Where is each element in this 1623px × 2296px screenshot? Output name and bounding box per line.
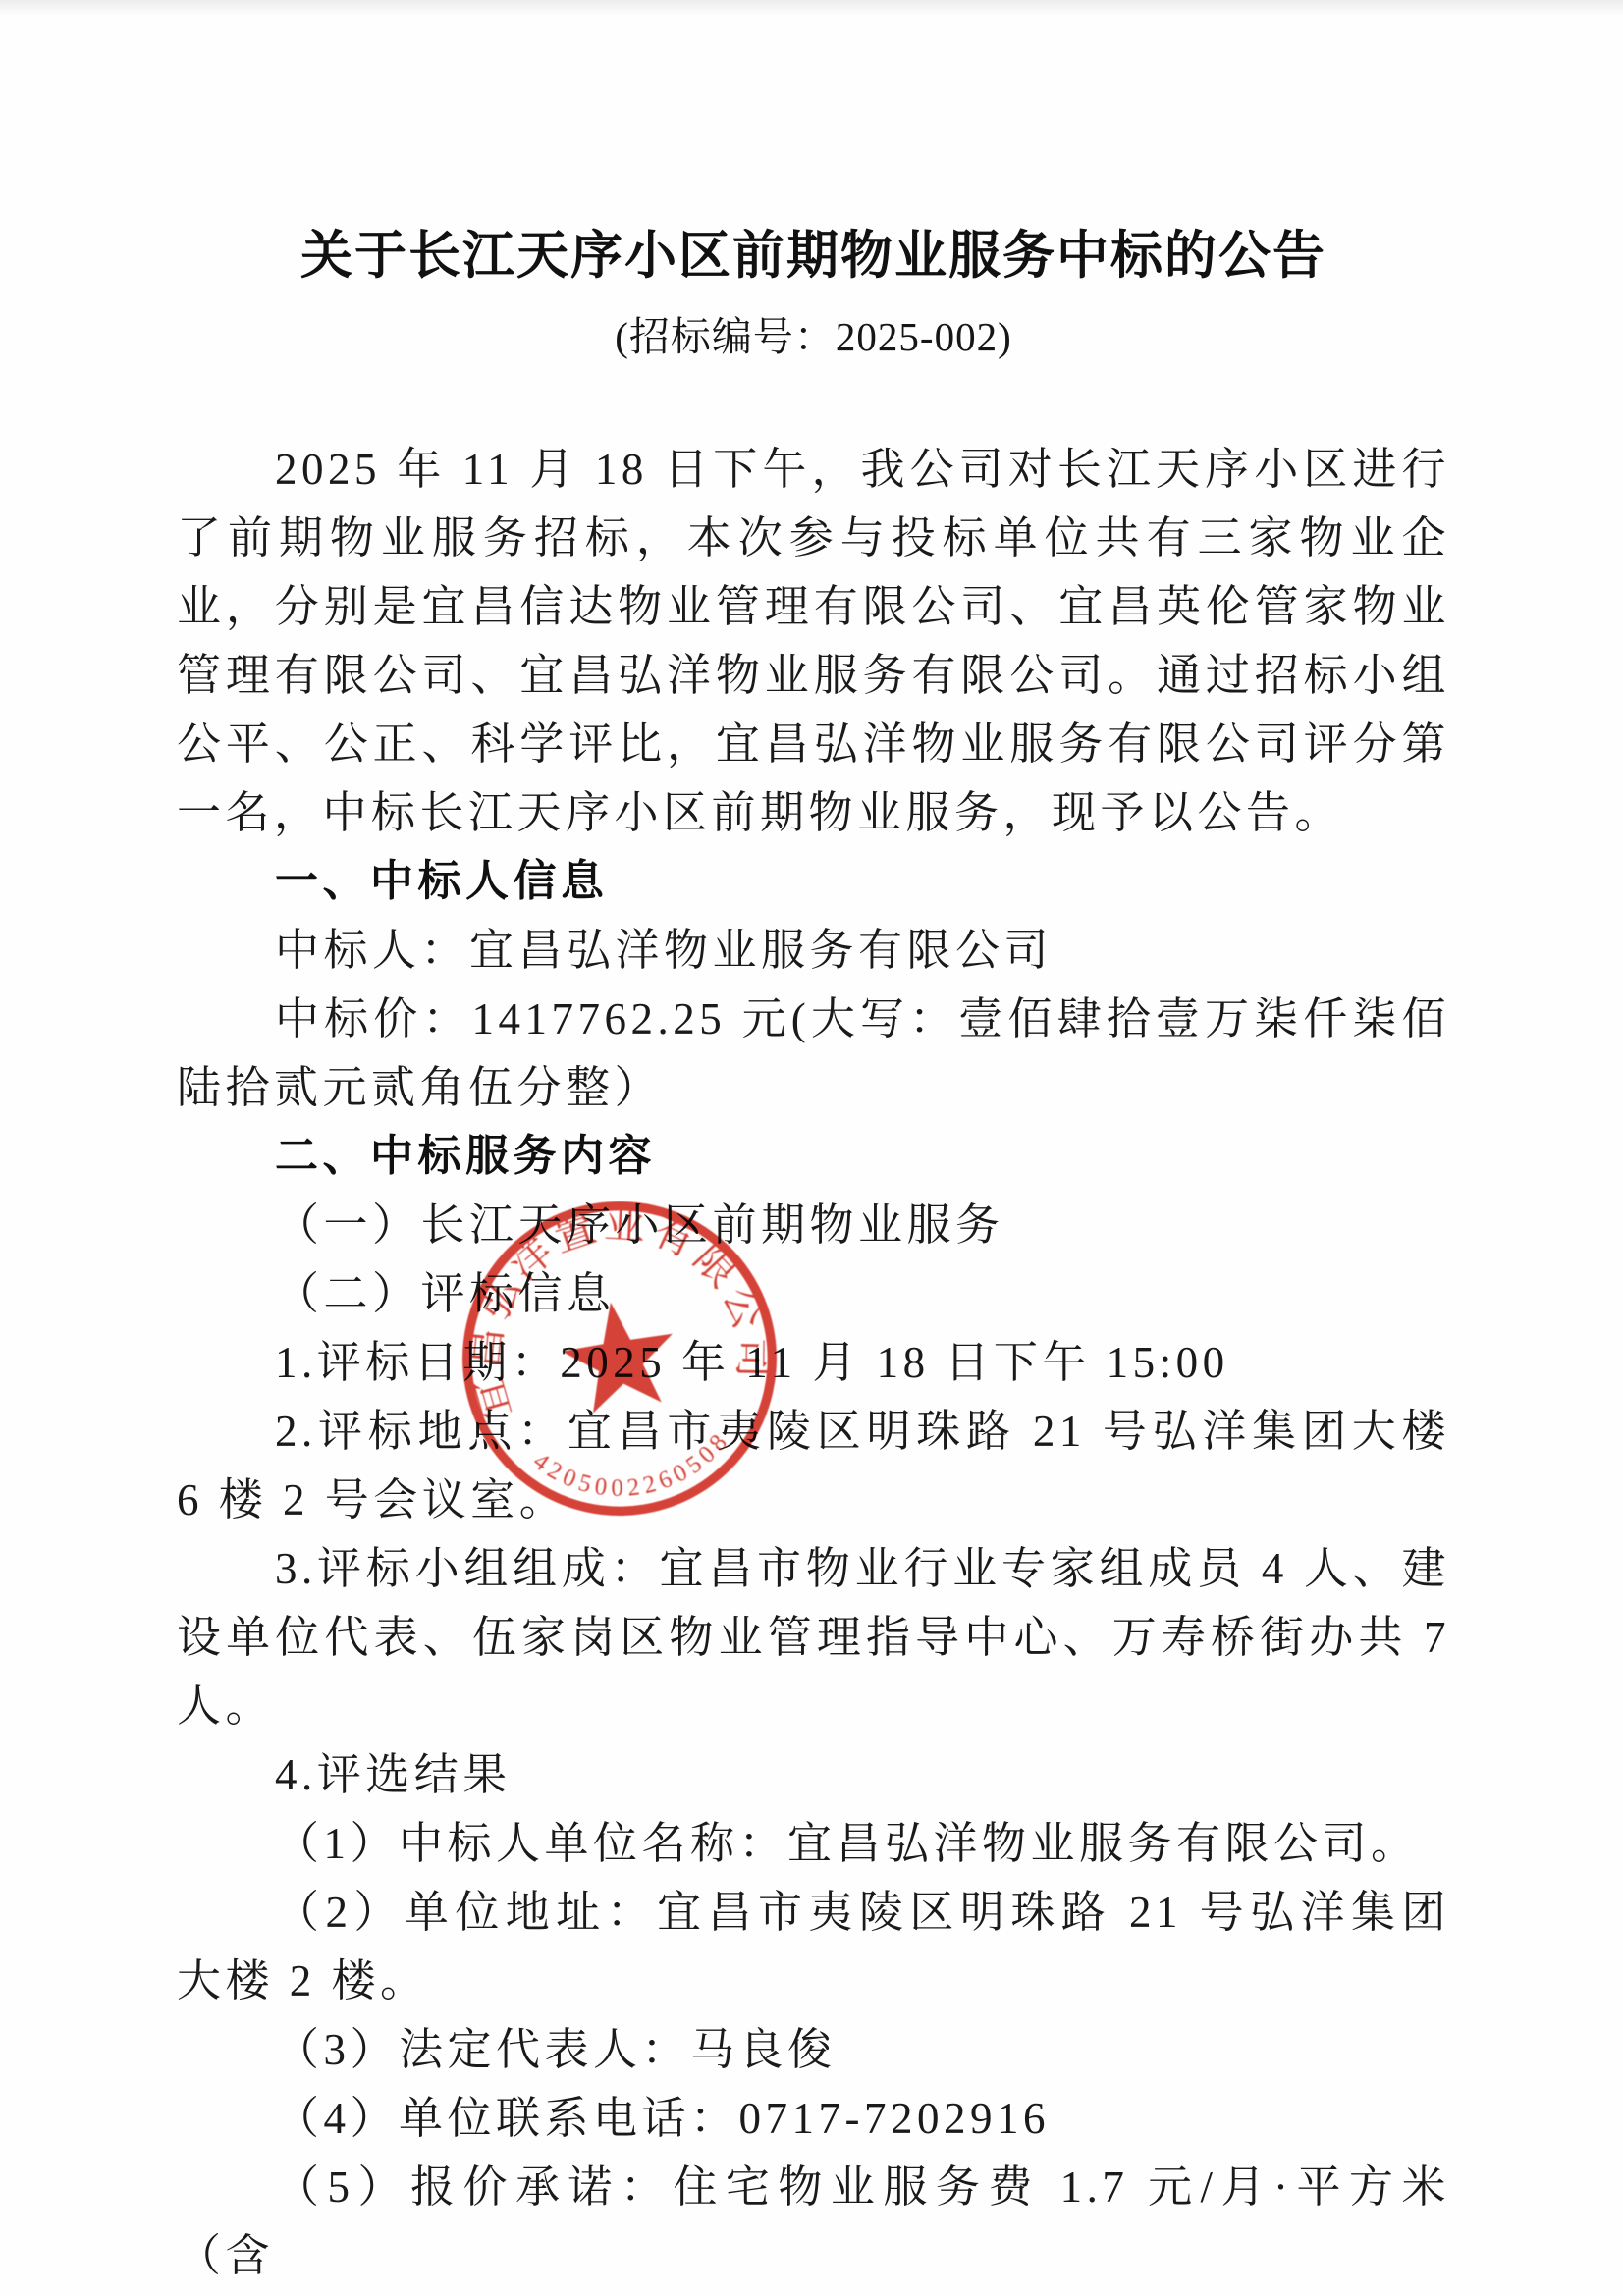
document-title: 关于长江天序小区前期物业服务中标的公告 xyxy=(177,214,1450,289)
document-body: 关于长江天序小区前期物业服务中标的公告 (招标编号：2025-002) 2025… xyxy=(177,214,1450,2290)
paragraph-result-price-promise: （5）报价承诺：住宅物业服务费 1.7 元/月·平方米（含 xyxy=(177,2153,1450,2290)
section-heading-winner-info: 一、中标人信息 xyxy=(177,847,1450,916)
paragraph-result-address: （2）单位地址：宜昌市夷陵区明珠路 21 号弘洋集团大楼 2 楼。 xyxy=(177,1878,1450,2015)
paragraph-eval-date: 1.评标日期：2025 年 11 月 18 日下午 15:00 xyxy=(177,1328,1450,1397)
paragraph-eval-result: 4.评选结果 xyxy=(177,1740,1450,1809)
paragraph-winner-name: 中标人：宜昌弘洋物业服务有限公司 xyxy=(177,916,1450,985)
paragraph-result-company: （1）中标人单位名称：宜昌弘洋物业服务有限公司。 xyxy=(177,1809,1450,1878)
paragraph-result-legal-rep: （3）法定代表人：马良俊 xyxy=(177,2015,1450,2084)
paragraph-winning-price: 中标价：1417762.25 元(大写：壹佰肆拾壹万柒仟柒佰陆拾贰元贰角伍分整） xyxy=(177,985,1450,1122)
paragraph-eval-place: 2.评标地点：宜昌市夷陵区明珠路 21 号弘洋集团大楼 6 楼 2 号会议室。 xyxy=(177,1397,1450,1534)
paragraph-service-item: （一）长江天序小区前期物业服务 xyxy=(177,1191,1450,1259)
document-subtitle: (招标编号：2025-002) xyxy=(177,304,1450,362)
paragraph-result-phone: （4）单位联系电话：0717-7202916 xyxy=(177,2084,1450,2153)
scan-edge-shadow xyxy=(0,0,1623,16)
paragraph-intro: 2025 年 11 月 18 日下午，我公司对长江天序小区进行了前期物业服务招标… xyxy=(177,435,1450,847)
section-heading-service-content: 二、中标服务内容 xyxy=(177,1122,1450,1191)
scan-page: 关于长江天序小区前期物业服务中标的公告 (招标编号：2025-002) 2025… xyxy=(0,0,1623,2296)
announcement-text: 2025 年 11 月 18 日下午，我公司对长江天序小区进行了前期物业服务招标… xyxy=(177,435,1450,2290)
paragraph-eval-panel: 3.评标小组组成：宜昌市物业行业专家组成员 4 人、建设单位代表、伍家岗区物业管… xyxy=(177,1534,1450,1740)
paragraph-bid-eval-info: （二）评标信息 xyxy=(177,1259,1450,1328)
